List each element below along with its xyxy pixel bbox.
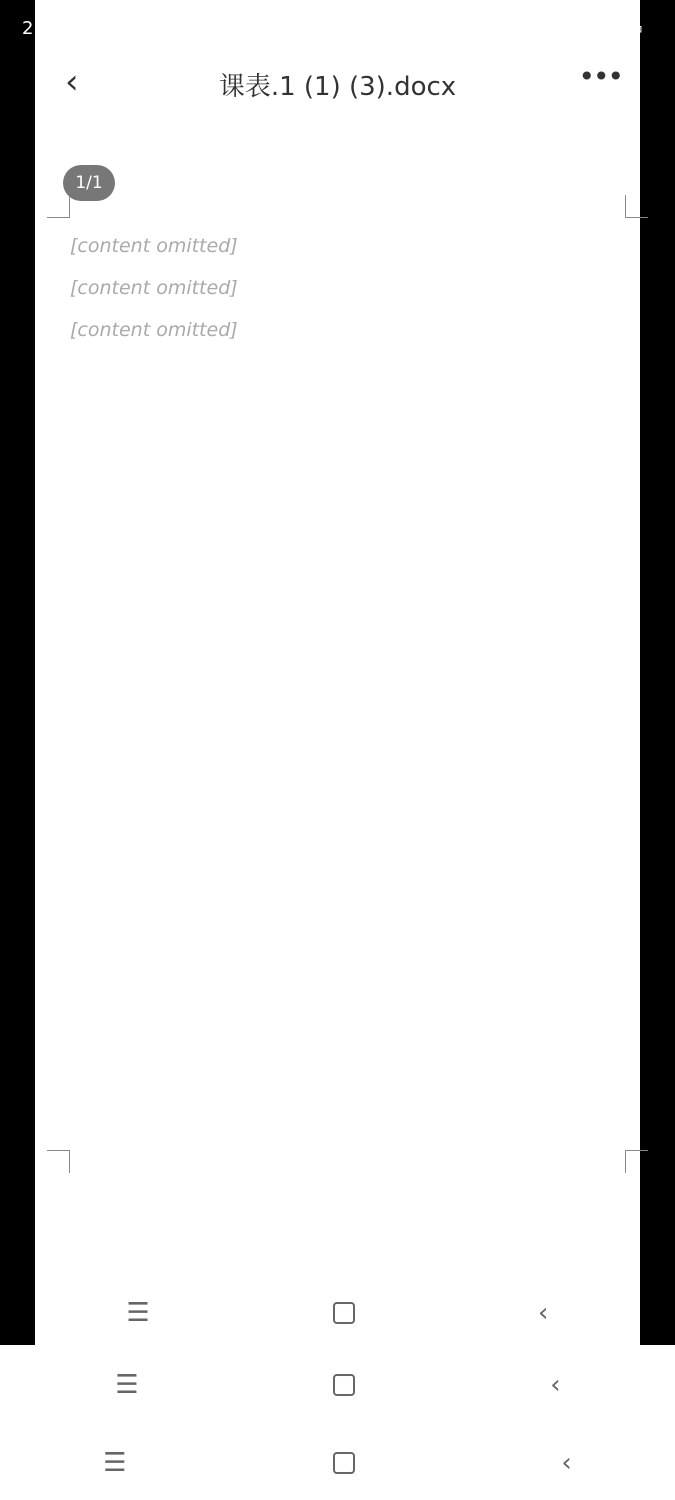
- status-time: 2:01: [22, 18, 62, 39]
- more-options-icon[interactable]: •••: [578, 60, 622, 93]
- back-nav-icon[interactable]: ‹: [550, 1370, 560, 1400]
- page-corner-mark: [47, 1150, 70, 1173]
- navigation-bar: ☰ ‹: [35, 1285, 640, 1340]
- document-body: [content omitted] [content omitted] [con…: [70, 225, 620, 351]
- navigation-bar: ☰ ‹: [18, 1350, 658, 1420]
- menu-icon[interactable]: ☰: [127, 1298, 150, 1328]
- document-line: [content omitted]: [70, 267, 620, 309]
- menu-icon[interactable]: ☰: [103, 1448, 126, 1478]
- menu-icon[interactable]: ☰: [115, 1370, 138, 1400]
- navigation-bar: ☰ ‹: [0, 1425, 675, 1500]
- document-title: 课表.1 (1) (3).docx: [35, 66, 640, 103]
- page-corner-mark: [47, 195, 70, 218]
- screen: [35, 0, 640, 1345]
- title-bar: ‹ 课表.1 (1) (3).docx •••: [35, 48, 640, 118]
- page-corner-mark: [625, 1150, 648, 1173]
- document-line: [content omitted]: [70, 225, 620, 267]
- page-indicator: 1/1: [63, 165, 115, 201]
- home-icon[interactable]: [333, 1452, 355, 1474]
- back-nav-icon[interactable]: ‹: [561, 1448, 571, 1478]
- status-icons: ▮▮ ◔ ▭: [569, 18, 645, 39]
- document-line: [content omitted]: [70, 309, 620, 351]
- back-nav-icon[interactable]: ‹: [538, 1298, 548, 1328]
- home-icon[interactable]: [333, 1302, 355, 1324]
- page-corner-mark: [625, 195, 648, 218]
- home-icon[interactable]: [333, 1374, 355, 1396]
